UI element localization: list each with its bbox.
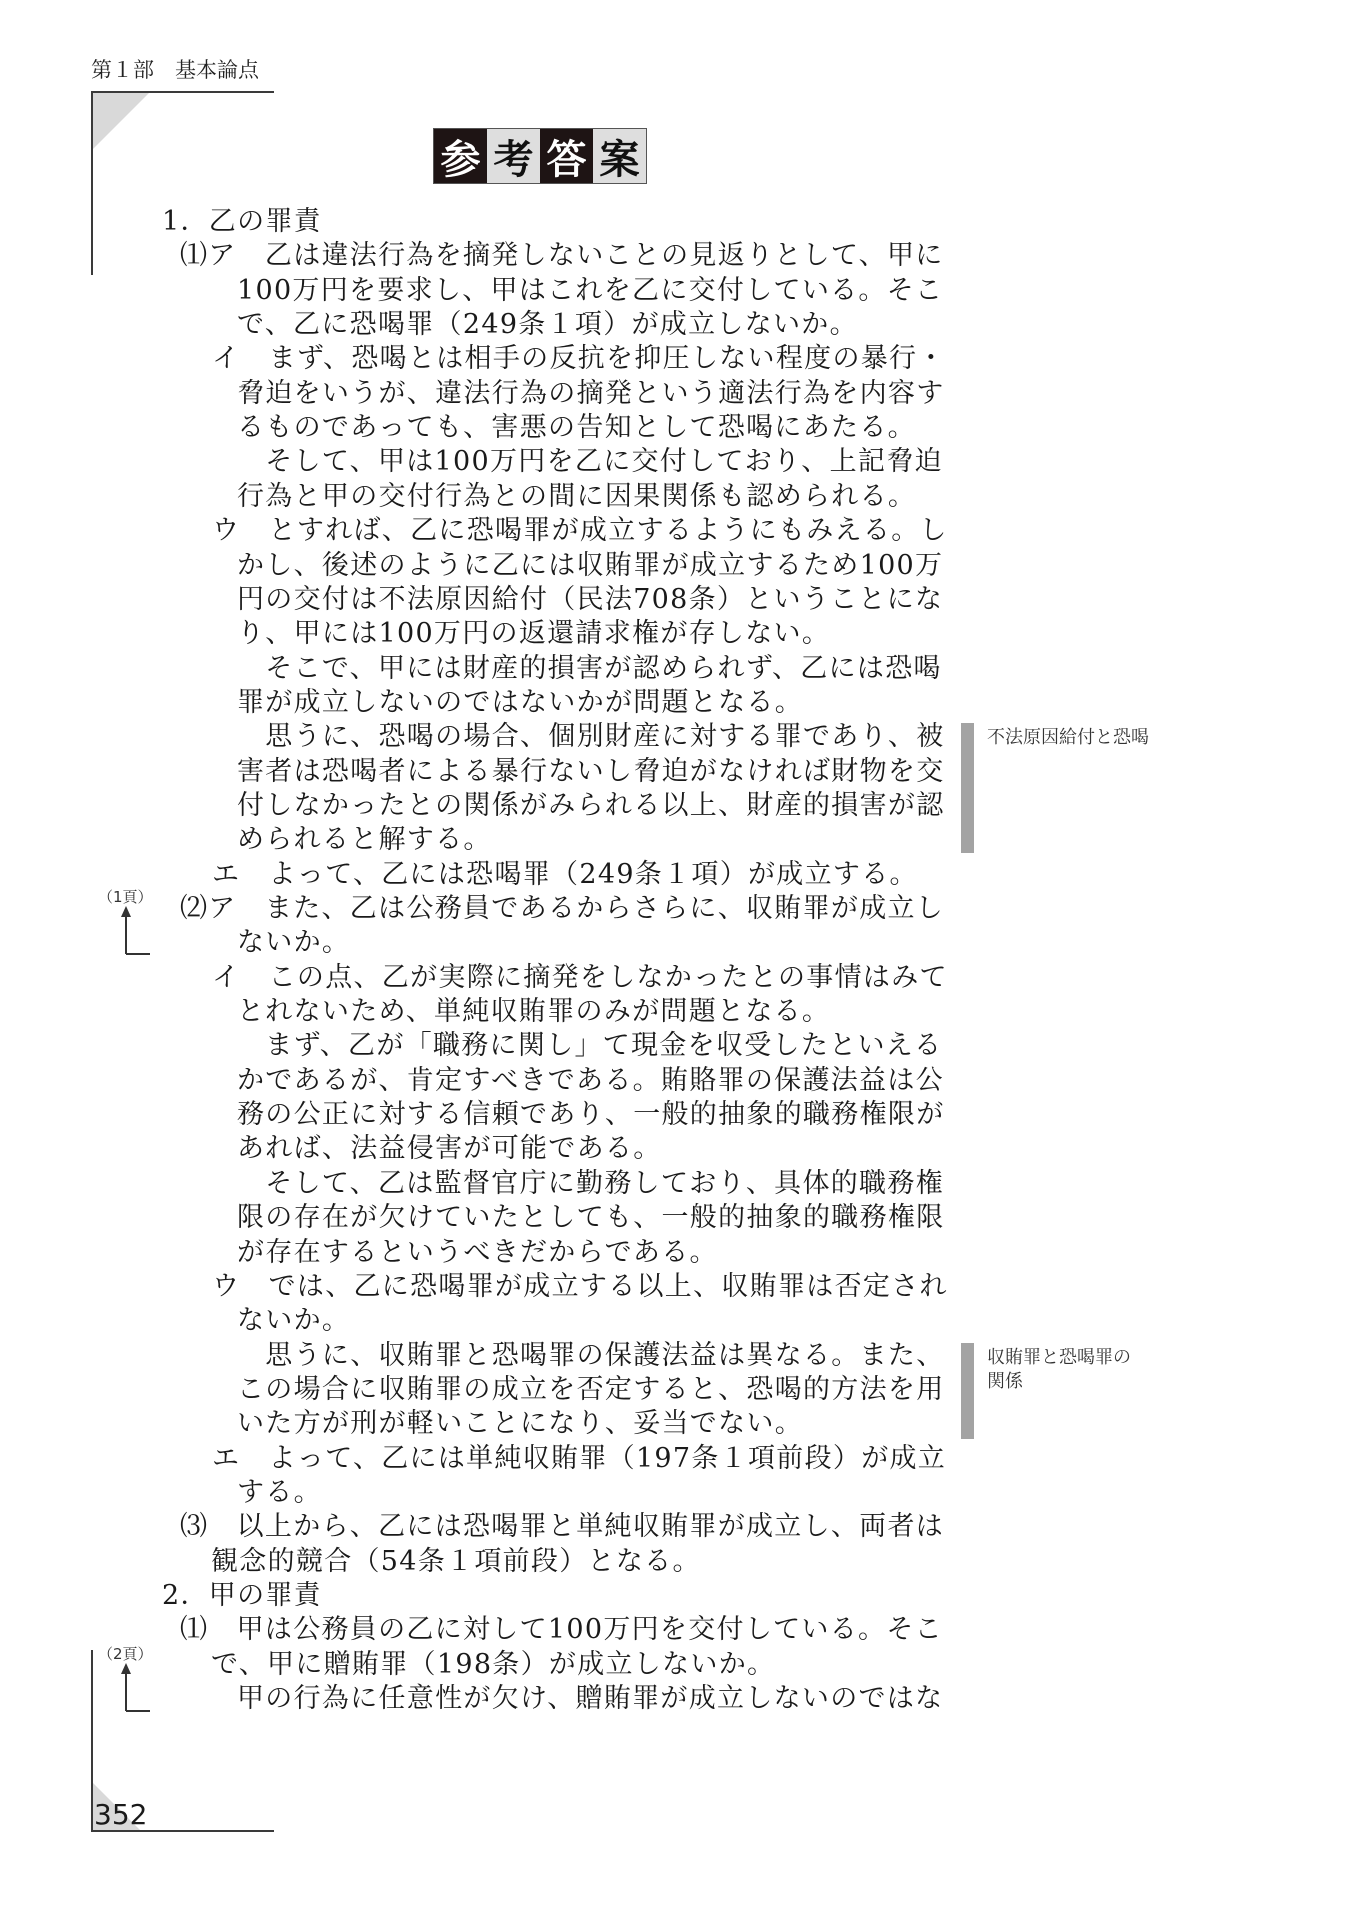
body-line: るものであっても、害悪の告知として恐喝にあたる。 — [237, 411, 916, 445]
corner-triangle-top — [93, 93, 149, 149]
margin-note-text-line: 収賄罪と恐喝罪の — [987, 1346, 1131, 1370]
body-line: 務の公正に対する信頼であり、一般的抽象的職務権限が — [237, 1098, 945, 1132]
body-line: 付しなかったとの関係がみられる以上、財産的損害が認 — [237, 789, 945, 823]
body-line: かであるが、肯定すべきである。賄賂罪の保護法益は公 — [237, 1064, 944, 1098]
body-line: ⑵ア また、乙は公務員であるからさらに、収賄罪が成立し — [180, 892, 944, 926]
body-line: かし、後述のように乙には収賄罪が成立するため100万 — [237, 549, 943, 583]
body-line: ウ とすれば、乙に恐喝罪が成立するようにもみえる。し — [212, 514, 948, 548]
section-heading: 2．甲の罪責 — [162, 1579, 322, 1613]
body-line: で、甲に贈賄罪（198条）が成立しないか。 — [211, 1648, 775, 1682]
page-break-arrow-icon — [118, 1663, 154, 1715]
title-char: 考 — [487, 129, 540, 183]
body-line: ⑴ア 乙は違法行為を摘発しないことの見返りとして、甲に — [180, 239, 944, 273]
body-line: 思うに、恐喝の場合、個別財産に対する罪であり、被 — [237, 720, 945, 754]
page-ref-1: （1頁） — [98, 886, 153, 907]
title-char: 答 — [540, 129, 593, 183]
page-number: 352 — [94, 1798, 147, 1831]
body-line: で、乙に恐喝罪（249条１項）が成立しないか。 — [237, 308, 858, 342]
body-line: 円の交付は不法原因給付（民法708条）ということにな — [237, 583, 943, 617]
body-line: ウ では、乙に恐喝罪が成立する以上、収賄罪は否定され — [212, 1270, 948, 1304]
body-line: いた方が刑が軽いことになり、妥当でない。 — [237, 1407, 803, 1441]
page-break-arrow-icon — [118, 906, 154, 958]
body-line: イ この点、乙が実際に摘発をしなかったとの事情はみて — [212, 961, 948, 995]
body-line: まず、乙が「職務に関し」て現金を収受したといえる — [237, 1029, 942, 1063]
body-line: イ まず、恐喝とは相手の反抗を抑圧しない程度の暴行・ — [212, 342, 946, 376]
margin-note-fuhou-genin-kyufu: 不法原因給付と恐喝 — [987, 726, 1149, 750]
body-line: あれば、法益侵害が可能である。 — [237, 1132, 662, 1166]
margin-note-text: 不法原因給付と恐喝 — [987, 727, 1149, 748]
body-line: 思うに、収賄罪と恐喝罪の保護法益は異なる。また、 — [237, 1339, 945, 1373]
body-line: エ よって、乙には恐喝罪（249条１項）が成立する。 — [212, 858, 918, 892]
body-line: 行為と甲の交付行為との間に因果関係も認められる。 — [237, 480, 916, 514]
body-line: 観念的競合（54条１項前段）となる。 — [211, 1545, 701, 1579]
answer-title-box: 参 考 答 案 — [433, 128, 647, 184]
body-line: そして、甲は100万円を乙に交付しており、上記脅迫 — [237, 445, 943, 479]
body-line: ⑴ 甲は公務員の乙に対して100万円を交付している。そこ — [180, 1613, 943, 1647]
body-line: 限の存在が欠けていたとしても、一般的抽象的職務権限 — [237, 1201, 945, 1235]
body-line: する。 — [237, 1476, 322, 1510]
running-head: 第１部 基本論点 — [91, 54, 259, 84]
section-heading: 1．乙の罪責 — [162, 205, 322, 239]
body-line: 罪が成立しないのではないかが問題となる。 — [237, 686, 803, 720]
body-line: り、甲には100万円の返還請求権が存しない。 — [237, 617, 830, 651]
body-line: ⑶ 以上から、乙には恐喝罪と単純収賄罪が成立し、両者は — [180, 1510, 944, 1544]
body-line: そして、乙は監督官庁に勤務しており、具体的職務権 — [237, 1167, 944, 1201]
body-line: そこで、甲には財産的損害が認められず、乙には恐喝 — [237, 652, 942, 686]
body-line: 甲の行為に任意性が欠け、贈賄罪が成立しないのではな — [237, 1682, 943, 1716]
title-char: 案 — [593, 129, 646, 183]
body-line: ないか。 — [237, 1304, 350, 1338]
body-line: が存在するというべきだからである。 — [237, 1236, 718, 1270]
body-line: この場合に収賄罪の成立を否定すると、恐喝的方法を用 — [237, 1373, 945, 1407]
body-line: 脅迫をいうが、違法行為の摘発という適法行為を内容す — [237, 377, 945, 411]
margin-note-bar — [961, 1343, 974, 1439]
body-line: エ よって、乙には単純収賄罪（197条１項前段）が成立 — [212, 1442, 946, 1476]
margin-note-bar — [961, 723, 974, 853]
body-line: 害者は恐喝者による暴行ないし脅迫がなければ財物を交 — [237, 755, 945, 789]
margin-note-shuwai-kyokatsu: 収賄罪と恐喝罪の 関係 — [987, 1346, 1131, 1394]
title-char: 参 — [434, 129, 487, 183]
margin-note-text-line: 関係 — [987, 1370, 1131, 1394]
page-ref-2: （2頁） — [98, 1643, 153, 1664]
body-line: 100万円を要求し、甲はこれを乙に交付している。そこ — [237, 274, 943, 308]
body-line: とれないため、単純収賄罪のみが問題となる。 — [237, 995, 830, 1029]
body-line: ないか。 — [237, 926, 350, 960]
body-line: められると解する。 — [237, 823, 492, 857]
